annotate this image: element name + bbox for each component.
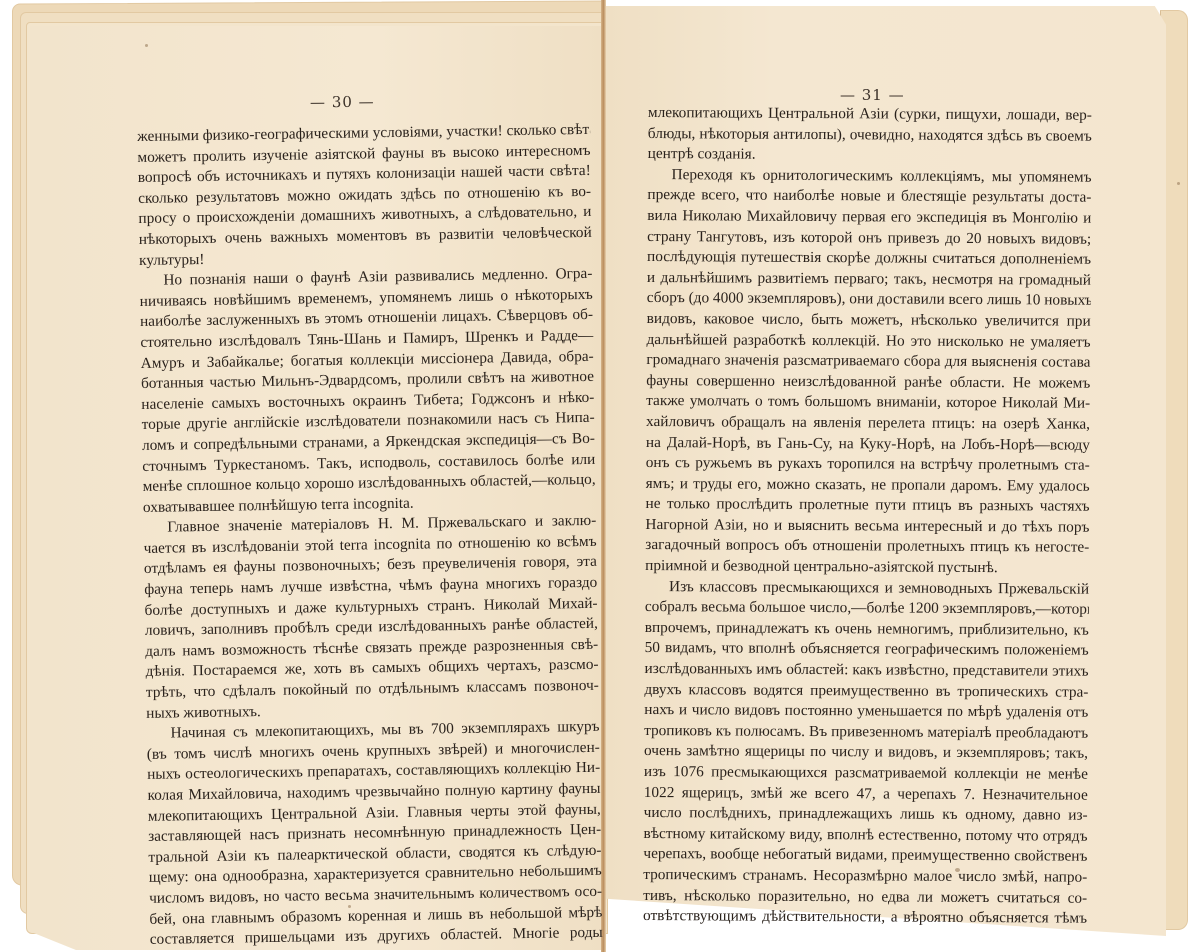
text-line: на Далай-Норѣ, въ Гань-Су, на Куку-Норѣ,… bbox=[646, 432, 1090, 455]
text-line: послѣдующія путешествія скорѣе должны сч… bbox=[647, 247, 1091, 270]
text-line: фауны совершенно неизслѣдованной ранѣе о… bbox=[646, 371, 1090, 394]
text-line: онъ съ ружьемъ въ рукахъ торопился на вс… bbox=[646, 453, 1090, 476]
text-line: собралъ весьма большое число,—болѣе 1200… bbox=[645, 597, 1089, 620]
paper-speck bbox=[348, 905, 351, 908]
text-line: блюды, нѣкоторыя антилопы), очевидно, на… bbox=[648, 124, 1092, 147]
text-line: 1022 ящерицъ, змѣй же всего 47, а черепа… bbox=[644, 783, 1088, 806]
text-line: не только прослѣдить пролетные пути птиц… bbox=[645, 494, 1089, 517]
text-line: очень замѣтно ящерицы по числу и видовъ,… bbox=[644, 741, 1088, 764]
text-line: Переходя къ орнитологическимъ коллекціям… bbox=[647, 165, 1091, 188]
text-line: и дальнѣйшимъ развитіемъ перваго; такъ, … bbox=[647, 268, 1091, 291]
text-line: изъ 1076 пресмыкающихся разсматриваемой … bbox=[644, 762, 1088, 785]
text-line: двухъ классовъ водятся преимущественно в… bbox=[644, 680, 1088, 703]
text-line: отвѣтствующимъ дѣйствительности, а вѣроя… bbox=[643, 906, 1087, 929]
text-line: впрочемъ, принадлежатъ къ очень немногим… bbox=[645, 618, 1089, 641]
text-line: изслѣдованныхъ имъ областей: какъ извѣст… bbox=[644, 659, 1088, 682]
text-line: тропическимъ странамъ. Несоразмѣрно мало… bbox=[643, 865, 1087, 888]
text-line: сборъ (до 4000 экземпляровъ), они достав… bbox=[647, 288, 1091, 311]
text-line: 50 видамъ, что вполнѣ объясняется геогра… bbox=[645, 638, 1089, 661]
text-line: громаднаго значенія разсматриваемаго сбо… bbox=[646, 350, 1090, 373]
text-line: видовъ, каковое число, быть можетъ, нѣск… bbox=[647, 309, 1091, 332]
paper-speck bbox=[145, 44, 148, 47]
text-line: ямъ; и труды его, можно сказать, не проп… bbox=[646, 474, 1090, 497]
text-line: пріимной и безводной центрально-азіятско… bbox=[645, 556, 1089, 579]
text-line: Изъ классовъ пресмыкающихся и земноводны… bbox=[645, 577, 1089, 600]
text-line: вила Николаю Михайловичу первая его эксп… bbox=[647, 206, 1091, 229]
text-line: также умолчать о томъ большомъ вниманіи,… bbox=[646, 391, 1090, 414]
text-line: млекопитающихъ Центральной Азіи (сурки, … bbox=[648, 103, 1092, 126]
text-line: тивъ, нѣсколько поразительно, но едва ли… bbox=[643, 886, 1087, 909]
text-line: дальнѣйшей разработкѣ коллекцій. Но это … bbox=[646, 330, 1090, 353]
page-number-right: — 31 — bbox=[840, 86, 905, 104]
paper-speck bbox=[955, 868, 960, 872]
paper-speck bbox=[1177, 182, 1180, 185]
book-spine bbox=[601, 0, 606, 952]
page-number-left: — 30 — bbox=[310, 93, 375, 112]
left-page-body-text: женными физико-географическими условіями… bbox=[137, 120, 603, 951]
open-book: — 30 — — 31 — женными физико-географичес… bbox=[0, 0, 1200, 952]
text-line: загадочный вопросъ объ отношеніи пролетн… bbox=[645, 535, 1089, 558]
text-line: тропиковъ къ полюсамъ. Въ привезенномъ м… bbox=[644, 721, 1088, 744]
text-line: нахъ и число видовъ постоянно уменьшаетс… bbox=[644, 700, 1088, 723]
text-line: страну Тангутовъ, изъ которой онъ привез… bbox=[647, 227, 1091, 250]
text-line: Нагорной Азіи, но и выяснить весьма инте… bbox=[645, 515, 1089, 538]
text-line: число послѣднихъ, принадлежащихъ лишь къ… bbox=[644, 803, 1088, 826]
right-page-body-text: млекопитающихъ Центральной Азіи (сурки, … bbox=[643, 103, 1092, 929]
text-line: черепахъ, вообще небогатый видами, преим… bbox=[643, 844, 1087, 867]
text-line: центрѣ созданія. bbox=[648, 144, 1092, 167]
text-line: вѣстному китайскому виду, вполнѣ естеств… bbox=[643, 824, 1087, 847]
text-line: хайловичъ обращалъ на явленія перелета п… bbox=[646, 412, 1090, 435]
text-line: прежде всего, что наиболѣе новые и блест… bbox=[647, 185, 1091, 208]
